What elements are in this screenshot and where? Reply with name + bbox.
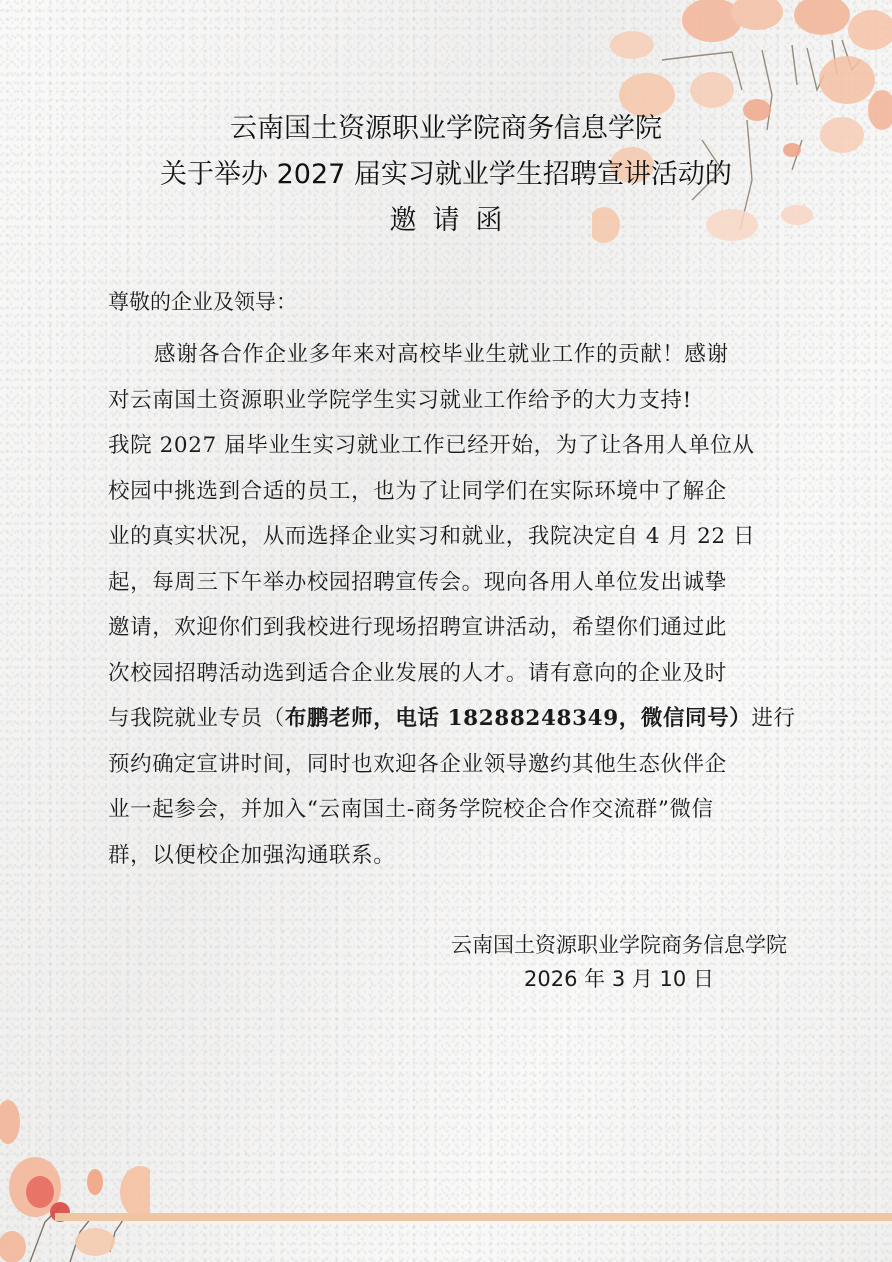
title-line-school: 云南国土资源职业学院商务信息学院 bbox=[0, 106, 892, 152]
salutation: 尊敬的企业及领导： bbox=[108, 286, 297, 318]
contact-line: 与我院就业专员（布鹏老师，电话 18288248349，微信同号）进行 bbox=[108, 696, 798, 742]
body-line: 感谢各合作企业多年来对高校毕业生就业工作的贡献！感谢 bbox=[108, 332, 798, 378]
body-line: 次校园招聘活动选到适合企业发展的人才。请有意向的企业及时 bbox=[108, 651, 798, 697]
body-line: 对云南国土资源职业学院学生实习就业工作给予的大力支持! bbox=[108, 378, 798, 424]
signature-org: 云南国土资源职业学院商务信息学院 bbox=[451, 928, 787, 962]
contact-details: 布鹏老师，电话 18288248349，微信同号） bbox=[285, 706, 752, 731]
document-title: 云南国土资源职业学院商务信息学院 关于举办 2027 届实习就业学生招聘宣讲活动… bbox=[0, 106, 892, 244]
contact-prefix: 与我院就业专员（ bbox=[108, 706, 285, 731]
body-line: 起，每周三下午举办校园招聘宣传会。现向各用人单位发出诚挚 bbox=[108, 560, 798, 606]
body-line: 邀请，欢迎你们到我校进行现场招聘宣讲活动，希望你们通过此 bbox=[108, 605, 798, 651]
title-line-event: 关于举办 2027 届实习就业学生招聘宣讲活动的 bbox=[0, 152, 892, 198]
contact-suffix: 进行 bbox=[751, 706, 795, 731]
body-line: 预约确定宣讲时间，同时也欢迎各企业领导邀约其他生态伙伴企 bbox=[108, 742, 798, 788]
flower-decoration-bottom-icon bbox=[0, 1092, 150, 1262]
signature-date: 2026 年 3 月 10 日 bbox=[451, 962, 787, 996]
title-line-invitation: 邀请函 bbox=[0, 198, 892, 244]
body-line: 业的真实状况，从而选择企业实习和就业，我院决定自 4 月 22 日 bbox=[108, 514, 798, 560]
bottom-divider bbox=[55, 1213, 892, 1221]
body-line: 我院 2027 届毕业生实习就业工作已经开始，为了让各用人单位从 bbox=[108, 423, 798, 469]
body-line: 业一起参会，并加入“云南国土-商务学院校企合作交流群”微信 bbox=[108, 787, 798, 833]
body-line: 群，以便校企加强沟通联系。 bbox=[108, 833, 798, 879]
body-line: 校园中挑选到合适的员工，也为了让同学们在实际环境中了解企 bbox=[108, 469, 798, 515]
letter-body: 感谢各合作企业多年来对高校毕业生就业工作的贡献！感谢 对云南国土资源职业学院学生… bbox=[108, 332, 798, 878]
signature-block: 云南国土资源职业学院商务信息学院 2026 年 3 月 10 日 bbox=[451, 928, 787, 996]
